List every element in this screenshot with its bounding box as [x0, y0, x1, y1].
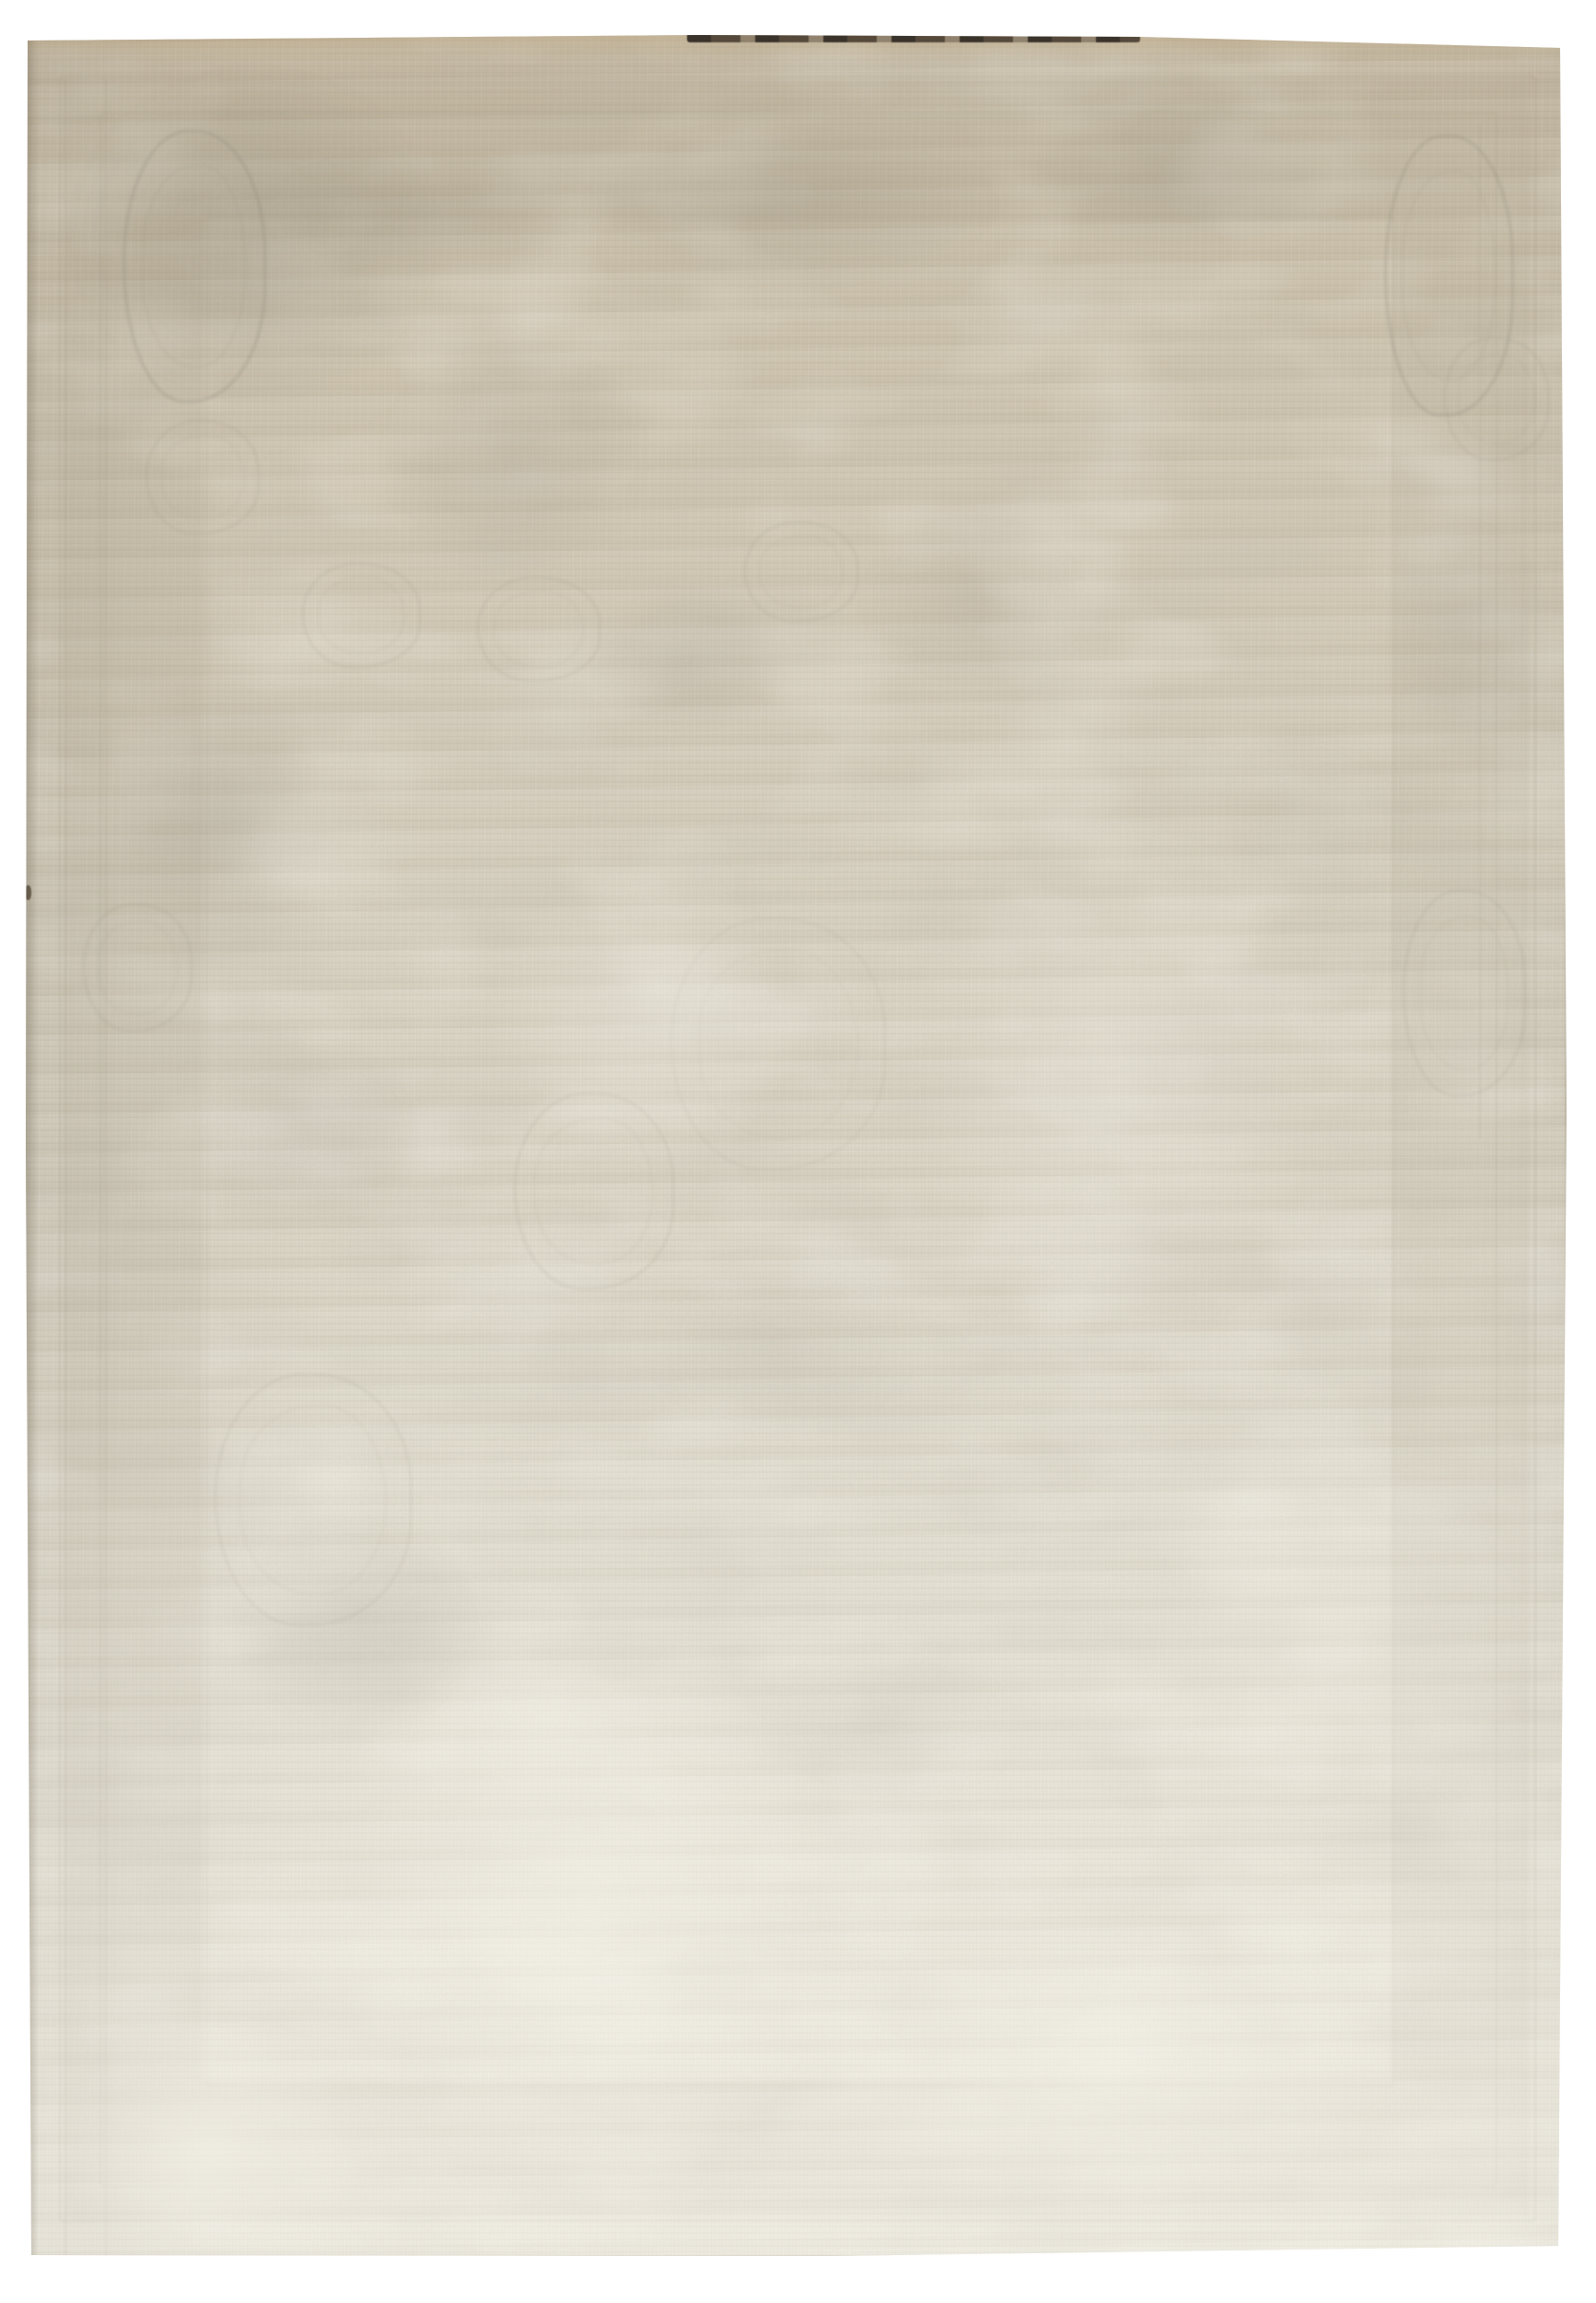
bleached-patch [486, 862, 799, 1175]
right-edge-line [1564, 33, 1567, 2259]
wear-blotch [182, 1028, 422, 1249]
main-border-band [66, 83, 1529, 2216]
wear-blotch [578, 116, 1002, 291]
faded-floral-motif [83, 904, 192, 1032]
left-edge-dark-fleck [25, 885, 31, 900]
weave-horizontal-texture [26, 33, 1567, 2259]
wear-blotch [1370, 512, 1555, 752]
left-edge-shadow [26, 33, 39, 2259]
pile-grain-texture [26, 33, 1567, 2259]
outer-guard-stripe [59, 76, 1536, 2222]
bottom-edge-line [26, 2254, 1567, 2259]
wear-blotch [228, 1507, 486, 1747]
bleached-patch [53, 2014, 367, 2272]
wear-blotch [1260, 1747, 1499, 1903]
top-edge-tan-band [26, 33, 1567, 61]
wear-blotch [588, 586, 790, 733]
vintage-rug [26, 33, 1567, 2259]
rug-right-shading [26, 33, 1567, 2259]
wear-blotch [855, 512, 1094, 687]
rug-left-shading [26, 33, 1567, 2259]
bleached-patch [1131, 1415, 1518, 1876]
pile-mottling-texture [26, 33, 1567, 2259]
faded-floral-motif [1444, 337, 1549, 461]
wear-blotch [1030, 98, 1334, 254]
faded-scroll-motif [477, 577, 600, 682]
bleached-patch [901, 816, 1324, 1332]
inner-guard-stripe [206, 216, 1394, 2087]
faded-floral-motif [146, 420, 260, 534]
faded-scroll-motif [302, 563, 421, 668]
faded-center-medallion [670, 918, 886, 1170]
faded-floral-motif [514, 1093, 674, 1290]
wear-blotch [63, 61, 449, 411]
selvedge-binding [687, 33, 1140, 42]
left-guard-line-2 [105, 79, 107, 2303]
faded-medallion-motif [1403, 890, 1526, 1096]
faded-medallion-motif [122, 130, 266, 403]
faded-medallion-motif [1384, 134, 1514, 416]
wear-blotch [753, 1636, 1048, 1802]
faded-scroll-motif [744, 521, 858, 622]
weave-vertical-texture [26, 33, 1567, 2259]
rug-product-photo [0, 0, 1596, 2303]
faded-scroll-motif [215, 1374, 412, 1626]
rug-top-shading [26, 33, 1567, 2259]
top-guard-line-1 [26, 81, 1567, 83]
bleached-patch-texture [26, 33, 1567, 2259]
wear-blotch [376, 337, 652, 577]
bleached-patch [809, 1922, 1407, 2226]
mid-guard-stripe [99, 112, 1497, 2187]
top-guard-line-2 [26, 118, 1567, 120]
wear-blotch [256, 144, 606, 282]
wear-blotch [1214, 715, 1416, 936]
wear-blotch [634, 1240, 928, 1443]
rug-bottom-fade [26, 33, 1567, 2259]
right-guard-line [1479, 125, 1481, 1139]
left-guard-line-1 [64, 79, 66, 2303]
bleached-patch [330, 1599, 845, 2198]
wear-blotch [109, 660, 330, 973]
